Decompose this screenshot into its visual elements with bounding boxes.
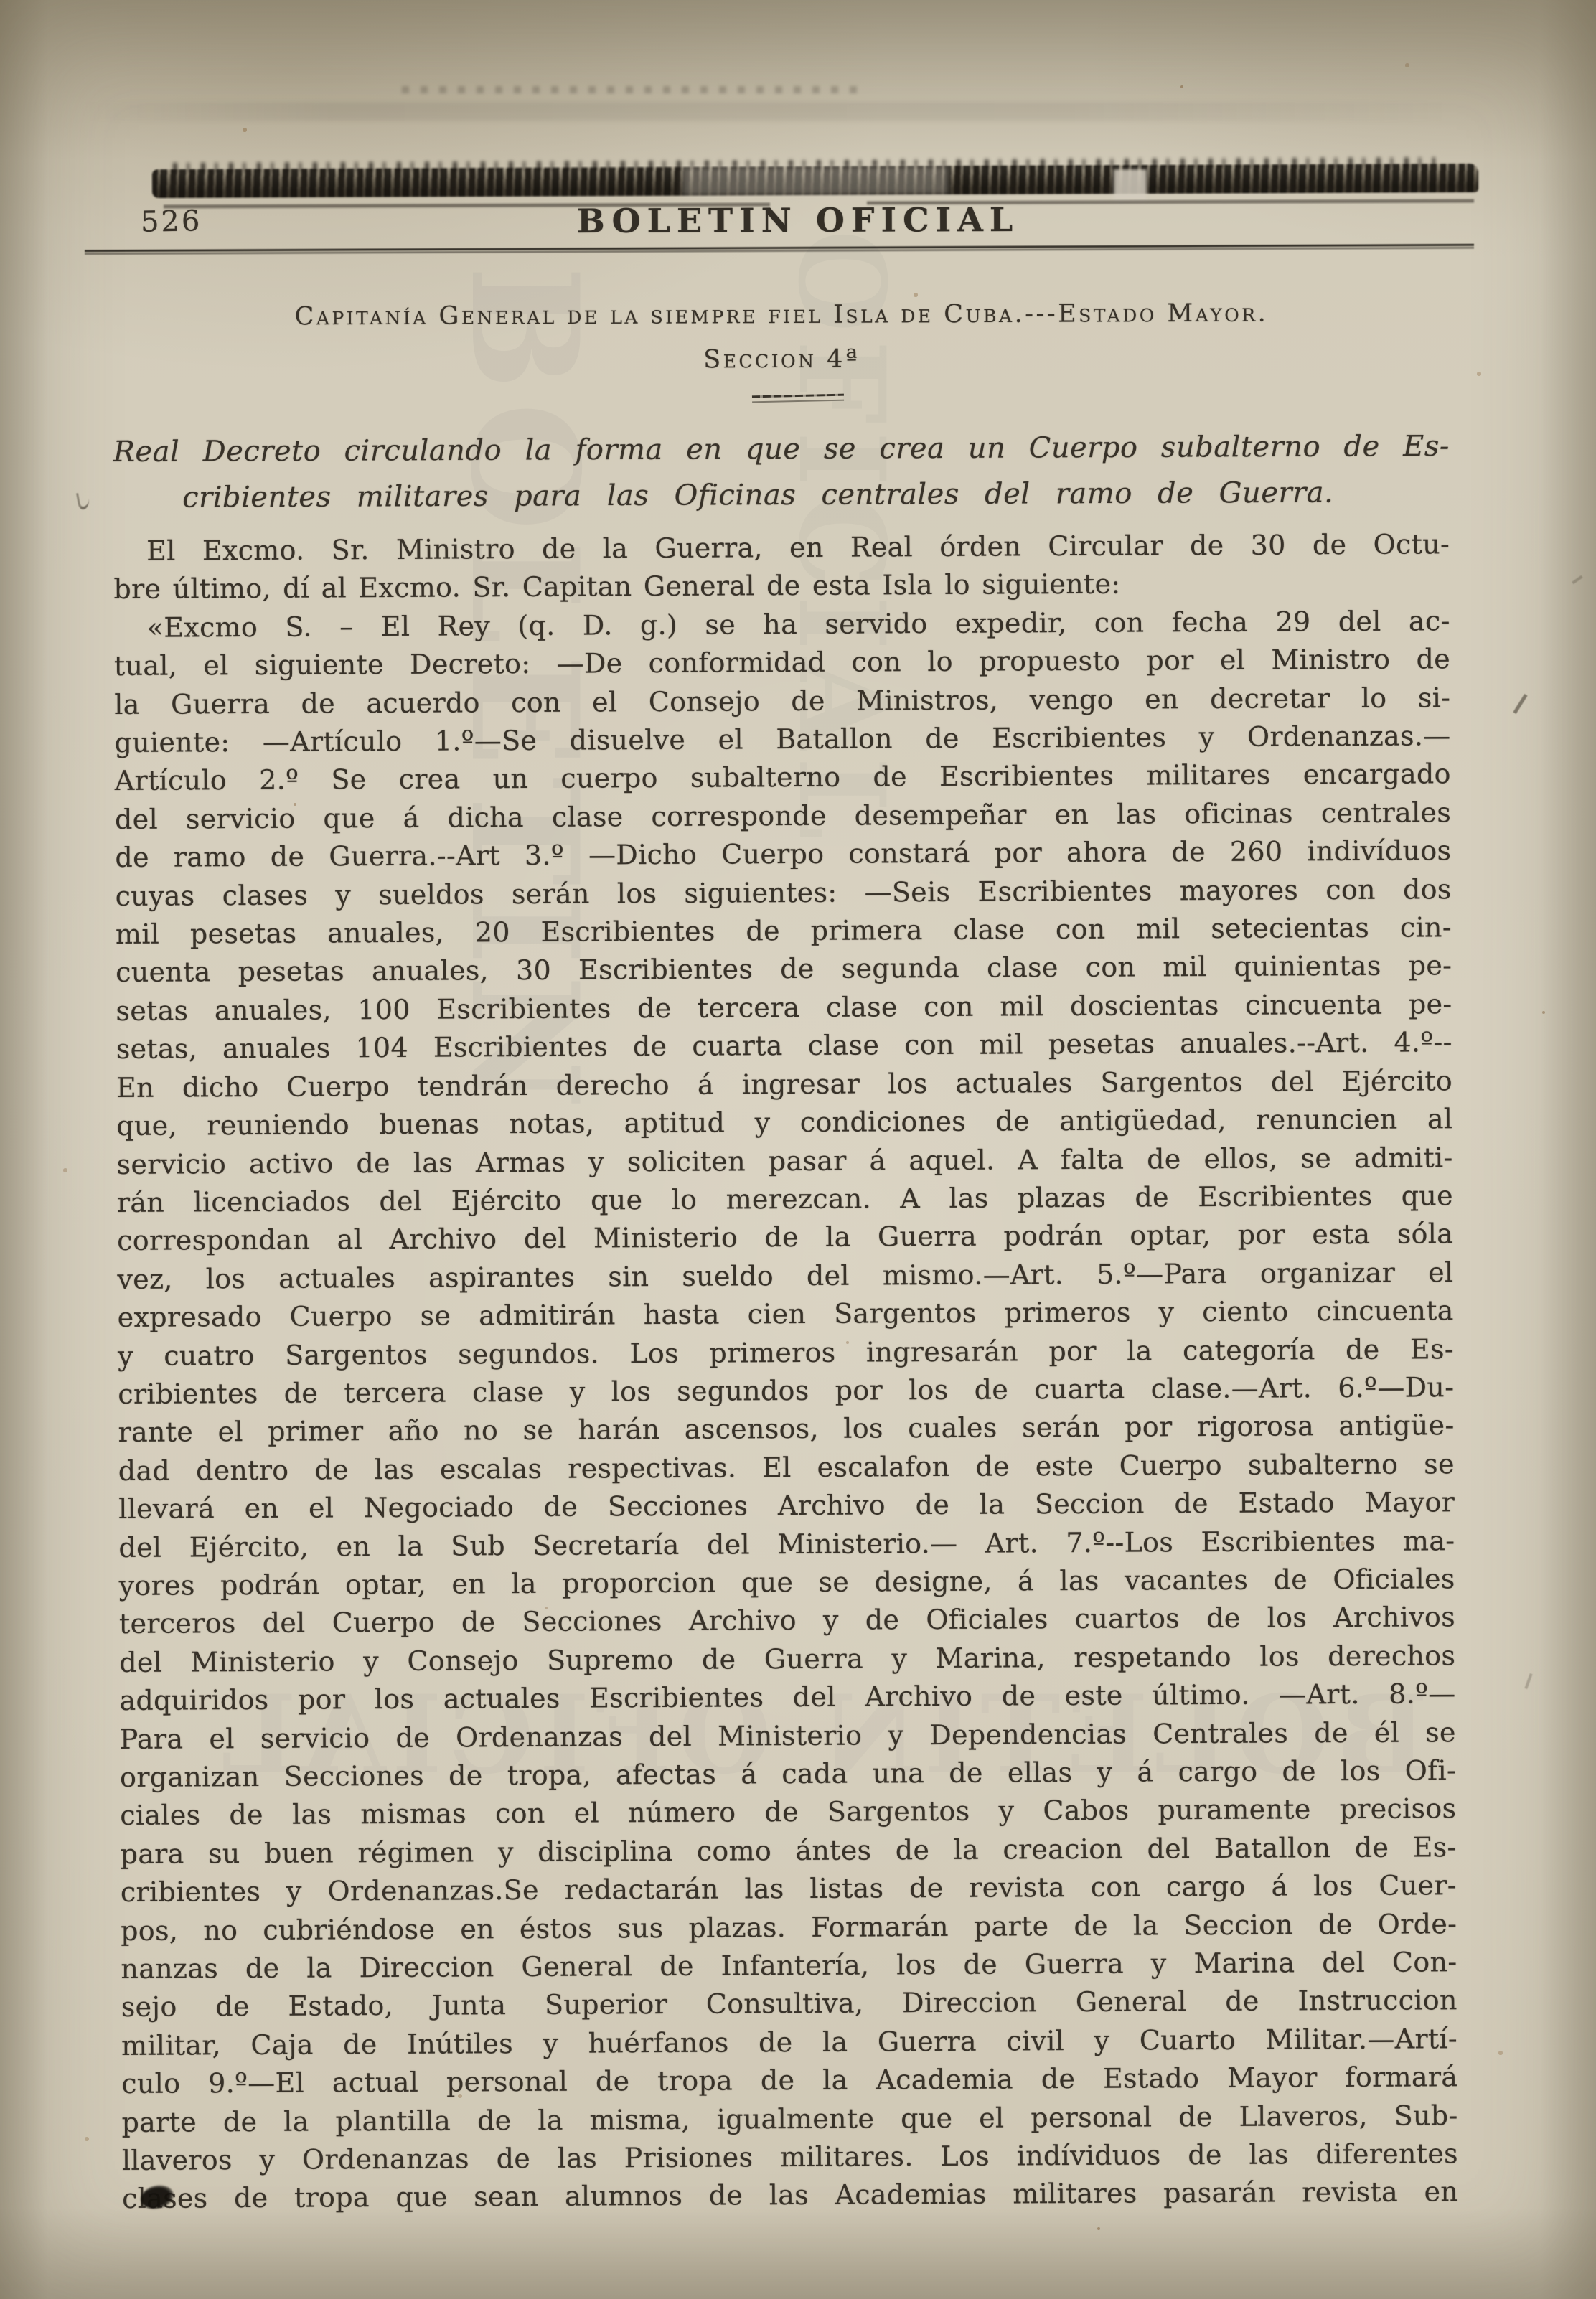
body-line: sejo de Estado, Junta Superior Consultiv… <box>121 1982 1457 2027</box>
body-line: para su buen régimen y disciplina como á… <box>121 1828 1457 1873</box>
section-heading: Capitanía General de la siempre fiel Isl… <box>113 291 1450 384</box>
body-line: expresado Cuerpo se admitirán hasta cien… <box>118 1292 1454 1337</box>
body-line: que, reuniendo buenas notas, aptitud y c… <box>116 1100 1452 1145</box>
body-line: setas anuales, 100 Escribientes de terce… <box>116 985 1452 1030</box>
body-line: cribientes de tercera clase y los segund… <box>118 1368 1454 1414</box>
body-line: rante el primer año no se harán ascensos… <box>118 1407 1454 1452</box>
margin-mark <box>76 492 90 510</box>
decree-title: Real Decreto circulando la forma en que … <box>113 423 1450 521</box>
body-line: del Ejército, en la Sub Secretaría del M… <box>118 1522 1455 1567</box>
body-line: cuyas clases y sueldos serán los siguien… <box>116 870 1452 916</box>
scan-artifact-band-gap <box>1114 169 1147 201</box>
body-line: clases de tropa que sean alumnos de las … <box>122 2173 1458 2219</box>
body-line: mil pesetas anuales, 20 Escribientes de … <box>116 908 1452 954</box>
body-line: militar, Caja de Inútiles y huérfanos de… <box>121 2020 1457 2065</box>
header-rule <box>85 244 1474 255</box>
scan-streak-dotted <box>402 86 861 93</box>
body-line: ciales de las mismas con el número de Sa… <box>120 1790 1456 1835</box>
margin-mark <box>1524 1673 1532 1689</box>
body-line: pos, no cubriéndose en éstos sus plazas.… <box>121 1905 1457 1950</box>
body-line: del Ministerio y Consejo Supremo de Guer… <box>119 1637 1455 1682</box>
body-line: dad dentro de las escalas respectivas. E… <box>118 1445 1455 1490</box>
body-line: llevará en el Negociado de Secciones Arc… <box>118 1483 1455 1528</box>
masthead-title: BOLETIN OFICIAL <box>0 198 1596 243</box>
body-line: la Guerra de acuerdo con el Consejo de M… <box>114 679 1450 724</box>
body-line: adquiridos por los actuales Escribientes… <box>119 1675 1455 1720</box>
body-line: organizan Secciones de tropa, afectas á … <box>120 1752 1456 1797</box>
body-line: correspondan al Archivo del Ministerio d… <box>117 1216 1453 1261</box>
body-line: setas, anuales 104 Escribientes de cuart… <box>116 1024 1452 1069</box>
body-line: terceros del Cuerpo de Secciones Archivo… <box>119 1599 1455 1644</box>
body-line: servicio activo de las Armas y soliciten… <box>116 1139 1452 1184</box>
body-line: y cuatro Sargentos segundos. Los primero… <box>118 1330 1454 1376</box>
body-line: Artículo 2.º Se crea un cuerpo subaltern… <box>115 756 1451 801</box>
body-line: bre último, dí al Excmo. Sr. Capitan Gen… <box>113 564 1450 609</box>
body-line: Para el servicio de Ordenanzas del Minis… <box>120 1713 1456 1759</box>
margin-mark <box>1513 694 1527 714</box>
scan-streak <box>86 102 1450 121</box>
body-line: yores podrán optar, en la proporcion que… <box>119 1560 1455 1605</box>
body-line: nanzas de la Direccion General de Infant… <box>121 1943 1457 1988</box>
body-line: rán licenciados del Ejército que lo mere… <box>117 1177 1453 1222</box>
section-heading-line2: Seccion 4ª <box>113 335 1450 384</box>
body-line: cuenta pesetas anuales, 30 Escribientes … <box>116 947 1452 992</box>
document-page: BOLETIN OFICIAL BOLETIN OFICIAL 526 BOLE… <box>0 0 1596 2299</box>
body-line: culo 9.º—El actual personal de tropa de … <box>121 2058 1457 2103</box>
body-line: vez, los actuales aspirantes sin sueldo … <box>117 1254 1453 1299</box>
body-text: El Excmo. Sr. Ministro de la Guerra, en … <box>113 525 1458 2219</box>
body-line: guiente: —Artículo 1.º—Se disuelve el Ba… <box>114 717 1450 762</box>
decree-title-line2: cribientes militares para las Oficinas c… <box>113 469 1450 521</box>
body-line: parte de la plantilla de la misma, igual… <box>121 2097 1457 2142</box>
body-line: «Excmo S. – El Rey (q. D. g.) se ha serv… <box>114 602 1450 647</box>
margin-mark <box>1572 575 1582 584</box>
paper-speckles <box>0 0 1 1</box>
decree-title-line1: Real Decreto circulando la forma en que … <box>113 423 1450 475</box>
section-divider <box>752 394 844 403</box>
body-line: cribientes y Ordenanzas.Se redactarán la… <box>121 1866 1457 1912</box>
body-line: llaveros y Ordenanzas de las Prisiones m… <box>122 2135 1458 2180</box>
scan-artifact-band <box>152 164 1478 198</box>
body-line: El Excmo. Sr. Ministro de la Guerra, en … <box>113 525 1450 570</box>
body-line: de ramo de Guerra.--Art 3.º —Dicho Cuerp… <box>115 832 1451 877</box>
body-line: tual, el siguiente Decreto: —De conformi… <box>114 640 1450 685</box>
section-heading-line1: Capitanía General de la siempre fiel Isl… <box>113 291 1450 339</box>
body-line: del servicio que á dicha clase correspon… <box>115 794 1451 839</box>
body-line: En dicho Cuerpo tendrán derecho á ingres… <box>116 1062 1452 1107</box>
